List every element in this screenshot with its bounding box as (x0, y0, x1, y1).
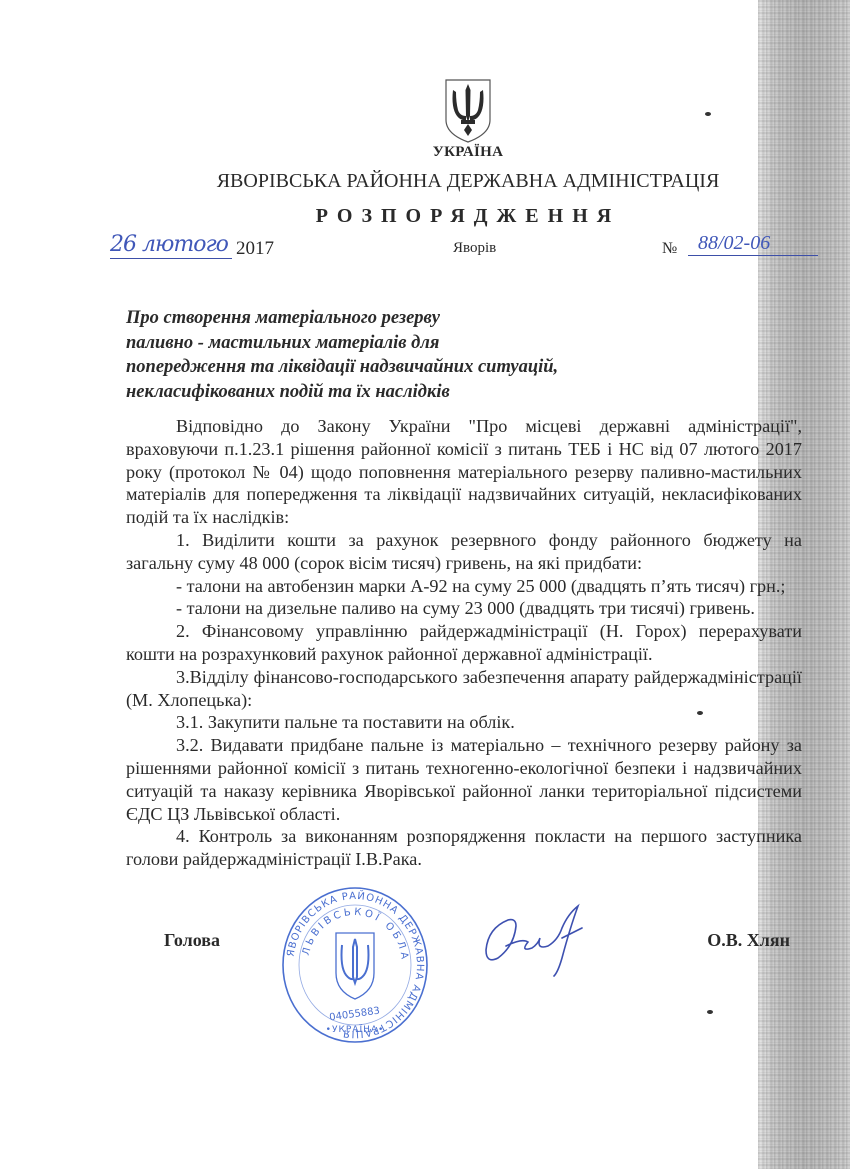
order-item-1b: - талони на дизельне паливо на суму 23 0… (126, 597, 802, 620)
handwritten-date: 26 лютого (110, 232, 232, 259)
scan-speck (707, 1010, 713, 1014)
order-item-3-1: 3.1. Закупити пальне та поставити на обл… (126, 711, 802, 734)
document-body: Відповідно до Закону України "Про місцев… (126, 415, 802, 871)
order-item-3: 3.Відділу фінансово-господарського забез… (126, 666, 802, 712)
svg-text:•УКРАЇНА•: •УКРАЇНА• (326, 1024, 385, 1035)
number-label: № (662, 240, 677, 258)
signature-block: Голова О.В. Хлян (126, 930, 802, 970)
scan-speck (705, 112, 711, 116)
subject-line: попередження та ліквідації надзвичайних … (126, 355, 646, 380)
document-subject: Про створення матеріального резерву пали… (126, 306, 646, 404)
date-year: 2017 (236, 238, 274, 260)
signatory-name: О.В. Хлян (707, 930, 790, 951)
document-meta-row: 26 лютого 2017 Яворів № 88/02-06 (110, 238, 810, 268)
order-item-1a: - талони на автобензин марки А-92 на сум… (126, 575, 802, 598)
administration-name: ЯВОРІВСЬКА РАЙОННА ДЕРЖАВНА АДМІНІСТРАЦІ… (0, 170, 850, 193)
order-item-4: 4. Контроль за виконанням розпорядження … (126, 825, 802, 871)
signatory-title: Голова (164, 930, 220, 951)
svg-text:04055883: 04055883 (329, 1006, 381, 1024)
subject-line: паливно - мастильних матеріалів для (126, 331, 646, 356)
trident-coat-of-arms-icon (443, 78, 493, 144)
place-of-issue: Яворів (453, 240, 496, 257)
order-item-3-2: 3.2. Видавати придбане пальне із матеріа… (126, 734, 802, 825)
subject-line: Про створення матеріального резерву (126, 306, 646, 331)
subject-line: некласифікованих подій та їх наслідків (126, 380, 646, 405)
handwritten-document-number: 88/02-06 (688, 232, 818, 256)
document-type: РОЗПОРЯДЖЕННЯ (0, 205, 850, 228)
order-item-2: 2. Фінансовому управлінню райдержадмініс… (126, 620, 802, 666)
country-name: УКРАЇНА (0, 144, 850, 161)
preamble-paragraph: Відповідно до Закону України "Про місцев… (126, 415, 802, 529)
order-item-1: 1. Виділити кошти за рахунок резервного … (126, 529, 802, 575)
